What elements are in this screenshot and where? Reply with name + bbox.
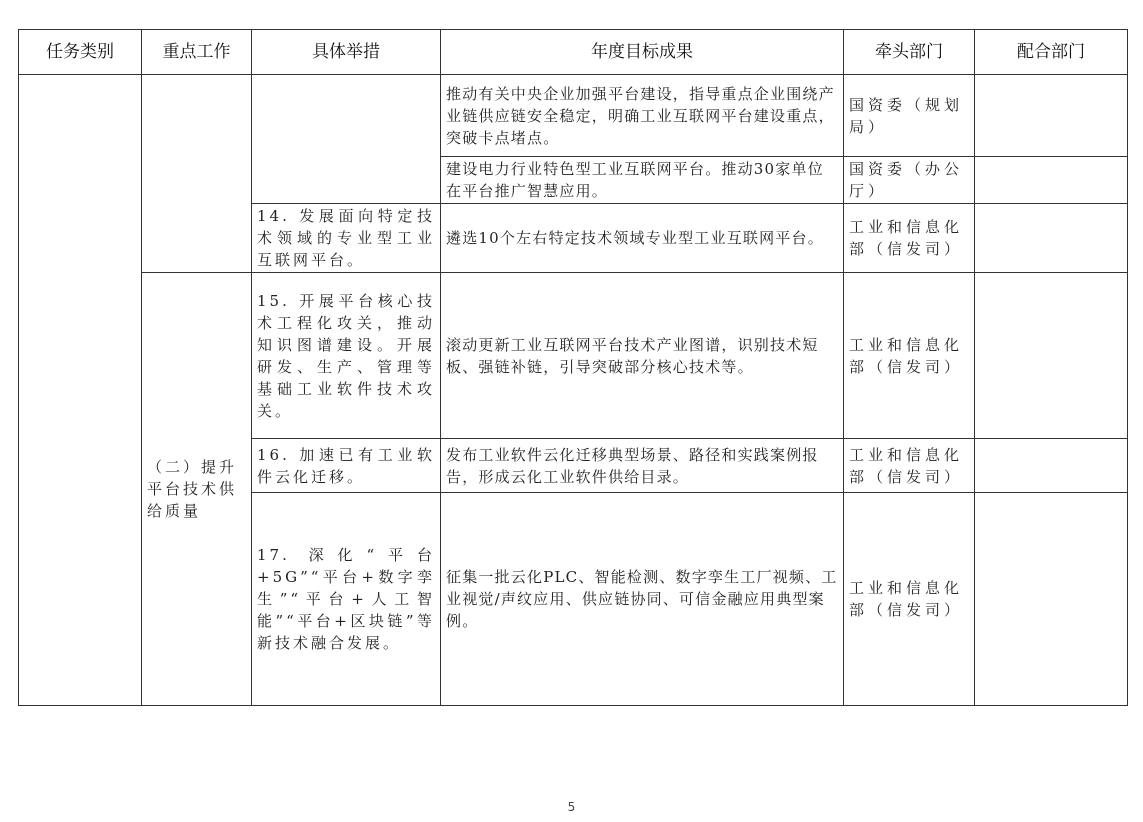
task-category-cell	[19, 75, 142, 706]
support-dept-cell	[975, 204, 1128, 273]
support-dept-cell	[975, 439, 1128, 493]
lead-dept-cell: 国资委（办公厅）	[844, 157, 975, 204]
header-task-category: 任务类别	[19, 30, 142, 75]
header-focus-work: 重点工作	[142, 30, 252, 75]
measure-cell: 16. 加速已有工业软件云化迁移。	[252, 439, 441, 493]
table-header-row: 任务类别 重点工作 具体举措 年度目标成果 牵头部门 配合部门	[19, 30, 1128, 75]
page-number: 5	[0, 800, 1143, 814]
lead-dept-cell: 国资委（规划局）	[844, 75, 975, 157]
focus-work-cell	[142, 75, 252, 273]
work-plan-table: 任务类别 重点工作 具体举措 年度目标成果 牵头部门 配合部门 推动有关中央企业…	[18, 29, 1128, 706]
lead-dept-cell: 工业和信息化部（信发司）	[844, 204, 975, 273]
support-dept-cell	[975, 493, 1128, 706]
support-dept-cell	[975, 273, 1128, 439]
support-dept-cell	[975, 157, 1128, 204]
measure-cell	[252, 75, 441, 204]
measure-cell: 15. 开展平台核心技术工程化攻关，推动知识图谱建设。开展研发、生产、管理等基础…	[252, 273, 441, 439]
goal-cell: 征集一批云化PLC、智能检测、数字孪生工厂视频、工业视觉/声纹应用、供应链协同、…	[441, 493, 844, 706]
lead-dept-cell: 工业和信息化部（信发司）	[844, 439, 975, 493]
goal-cell: 发布工业软件云化迁移典型场景、路径和实践案例报告，形成云化工业软件供给目录。	[441, 439, 844, 493]
table-row: 推动有关中央企业加强平台建设，指导重点企业围绕产业链供应链安全稳定，明确工业互联…	[19, 75, 1128, 157]
measure-cell: 17. 深化“平台+5G”“平台+数字孪生”“平台+人工智能”“平台+区块链”等…	[252, 493, 441, 706]
support-dept-cell	[975, 75, 1128, 157]
focus-work-cell: （二）提升平台技术供给质量	[142, 273, 252, 706]
goal-cell: 建设电力行业特色型工业互联网平台。推动30家单位在平台推广智慧应用。	[441, 157, 844, 204]
goal-cell: 滚动更新工业互联网平台技术产业图谱，识别技术短板、强链补链，引导突破部分核心技术…	[441, 273, 844, 439]
header-specific-measures: 具体举措	[252, 30, 441, 75]
lead-dept-cell: 工业和信息化部（信发司）	[844, 493, 975, 706]
lead-dept-cell: 工业和信息化部（信发司）	[844, 273, 975, 439]
header-annual-goals: 年度目标成果	[441, 30, 844, 75]
measure-cell: 14. 发展面向特定技术领域的专业型工业互联网平台。	[252, 204, 441, 273]
goal-cell: 推动有关中央企业加强平台建设，指导重点企业围绕产业链供应链安全稳定，明确工业互联…	[441, 75, 844, 157]
header-lead-department: 牵头部门	[844, 30, 975, 75]
header-support-department: 配合部门	[975, 30, 1128, 75]
goal-cell: 遴选10个左右特定技术领域专业型工业互联网平台。	[441, 204, 844, 273]
table-row: （二）提升平台技术供给质量 15. 开展平台核心技术工程化攻关，推动知识图谱建设…	[19, 273, 1128, 439]
